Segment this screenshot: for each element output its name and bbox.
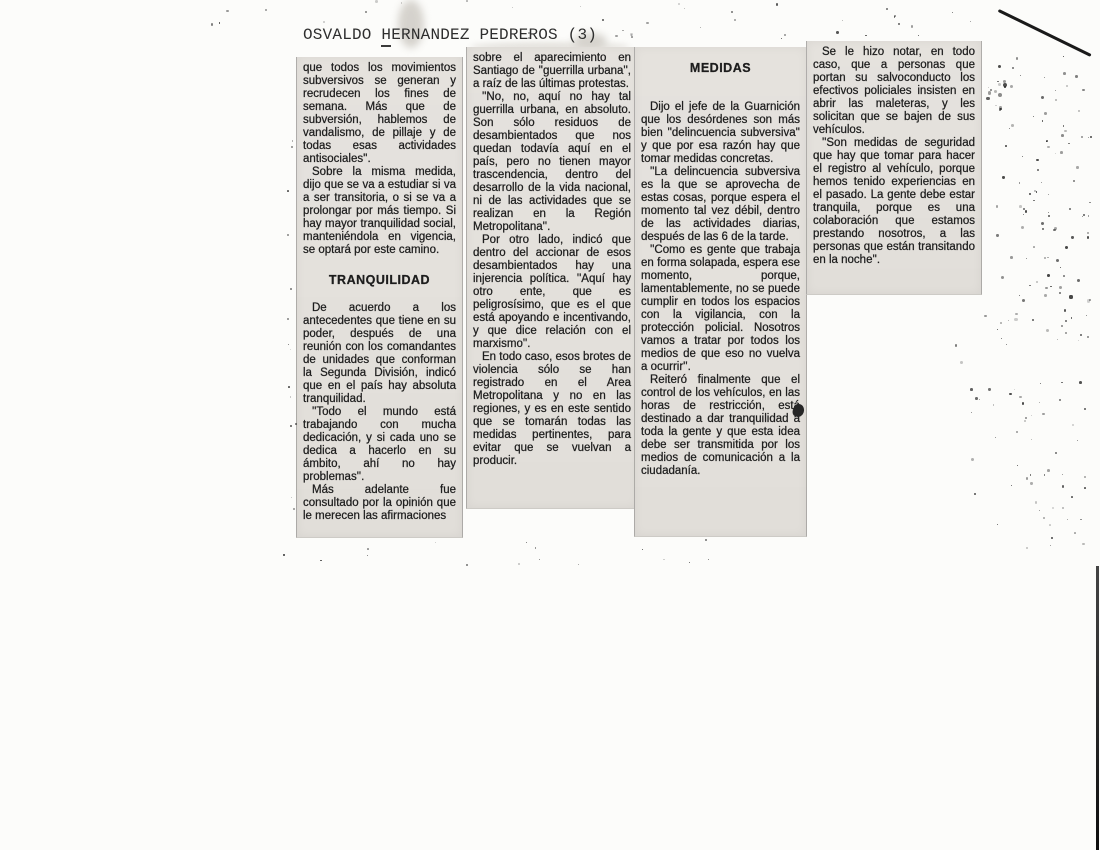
typewritten-header: OSVALDO HERNANDEZ PEDREROS (3) <box>303 26 597 44</box>
noise-speck <box>1019 182 1020 183</box>
noise-speck <box>578 564 579 565</box>
noise-speck <box>1068 143 1069 144</box>
noise-speck <box>1014 318 1017 321</box>
noise-speck <box>226 10 229 13</box>
noise-speck <box>1009 393 1011 395</box>
noise-speck <box>646 22 648 24</box>
noise-speck <box>1041 222 1044 225</box>
noise-speck <box>1063 72 1066 75</box>
noise-speck <box>1090 136 1093 139</box>
noise-speck <box>1047 257 1049 259</box>
noise-speck <box>1022 156 1023 157</box>
noise-speck <box>466 0 468 2</box>
noise-speck <box>1014 389 1015 390</box>
noise-speck <box>1043 517 1045 519</box>
noise-speck <box>836 31 839 34</box>
noise-speck <box>1084 476 1086 478</box>
noise-speck <box>1036 191 1038 193</box>
noise-speck <box>367 548 369 550</box>
article-paragraph: sobre el aparecimiento en Santiago de ''… <box>473 52 631 91</box>
noise-speck <box>970 21 971 22</box>
noise-speck <box>1087 236 1090 239</box>
noise-speck <box>1045 287 1048 290</box>
noise-speck <box>1000 108 1002 110</box>
noise-speck <box>1008 320 1009 321</box>
noise-speck <box>1071 496 1073 498</box>
noise-speck <box>1077 440 1078 441</box>
noise-speck <box>535 547 537 549</box>
section-heading-medidas: MEDIDAS <box>641 62 800 75</box>
noise-speck <box>1056 259 1059 262</box>
noise-speck <box>1023 214 1024 215</box>
noise-speck <box>1060 267 1061 268</box>
noise-speck <box>998 83 1001 86</box>
noise-speck <box>1044 77 1045 78</box>
noise-speck <box>526 542 527 543</box>
noise-speck <box>1042 120 1043 121</box>
noise-speck <box>1033 246 1035 248</box>
noise-speck <box>1063 275 1065 277</box>
noise-speck <box>986 97 989 100</box>
noise-speck <box>955 344 957 346</box>
noise-speck <box>1080 519 1082 521</box>
noise-speck <box>1026 258 1027 259</box>
noise-speck <box>219 22 220 23</box>
noise-speck <box>731 11 733 13</box>
noise-speck <box>996 234 998 236</box>
noise-speck <box>1077 279 1080 282</box>
noise-speck <box>1078 340 1079 341</box>
noise-speck <box>1086 315 1087 316</box>
noise-speck <box>290 288 292 290</box>
noise-speck <box>1006 344 1007 345</box>
noise-speck <box>1037 169 1039 171</box>
noise-speck <box>365 11 368 14</box>
noise-speck <box>988 388 990 390</box>
header-text-part2: ERNANDEZ PEDREROS (3) <box>391 26 597 44</box>
noise-speck <box>988 87 989 88</box>
noise-speck <box>970 388 973 391</box>
noise-speck <box>1061 325 1063 327</box>
noise-speck <box>1046 329 1049 332</box>
news-column-4: Se le hizo notar, en todo caso, que a pe… <box>806 41 982 295</box>
noise-speck <box>1087 232 1089 234</box>
noise-speck <box>781 38 783 40</box>
noise-speck <box>776 3 778 5</box>
noise-speck <box>1050 545 1051 546</box>
noise-speck <box>1052 507 1054 509</box>
noise-speck <box>1081 136 1083 138</box>
noise-speck <box>1033 200 1034 201</box>
noise-speck <box>288 386 290 388</box>
article-paragraph: ''La delincuencia subversiva es la que s… <box>641 166 800 244</box>
noise-speck <box>952 12 953 13</box>
noise-speck <box>1059 399 1060 400</box>
noise-speck <box>1055 90 1056 91</box>
noise-speck <box>1009 128 1010 129</box>
noise-speck <box>911 25 914 28</box>
header-underlined-letter: H <box>381 26 391 47</box>
noise-speck <box>1076 166 1078 168</box>
noise-speck <box>994 90 997 93</box>
noise-speck <box>993 404 994 405</box>
noise-speck <box>1010 256 1013 259</box>
noise-speck <box>1022 402 1025 405</box>
noise-speck <box>663 559 664 560</box>
noise-speck <box>1048 215 1050 217</box>
noise-speck <box>1024 420 1026 422</box>
noise-speck <box>1078 110 1079 111</box>
noise-speck <box>1048 212 1049 213</box>
noise-speck <box>1022 299 1025 302</box>
noise-speck <box>288 344 289 345</box>
noise-speck <box>1040 383 1041 384</box>
noise-speck <box>1020 75 1022 77</box>
noise-speck <box>975 397 978 400</box>
noise-speck <box>1026 547 1028 549</box>
article-paragraph: Más adelante fue consultado por la opini… <box>303 484 456 523</box>
article-paragraph: Dijo el jefe de la Guarnición que los de… <box>641 101 800 166</box>
noise-speck <box>1051 537 1053 539</box>
noise-speck <box>290 396 291 397</box>
noise-speck <box>1050 286 1051 287</box>
noise-speck <box>320 560 321 561</box>
noise-speck <box>1049 524 1051 526</box>
noise-speck <box>1017 465 1018 466</box>
noise-speck <box>865 35 867 37</box>
noise-speck <box>435 542 436 543</box>
noise-speck <box>1089 202 1090 203</box>
news-column-2: sobre el aparecimiento en Santiago de ''… <box>466 47 638 509</box>
noise-speck <box>678 3 680 5</box>
noise-speck <box>287 234 289 236</box>
scanned-document-page: OSVALDO HERNANDEZ PEDREROS (3) que todos… <box>0 0 1100 850</box>
article-paragraph: ''Todo el mundo está trabajando con much… <box>303 406 456 484</box>
noise-speck <box>631 36 633 38</box>
scan-edge-line <box>1096 566 1099 850</box>
noise-speck <box>1082 543 1085 546</box>
noise-speck <box>842 20 843 21</box>
article-paragraph: ''Como es gente que trabaja en forma sol… <box>641 244 800 374</box>
noise-speck <box>1060 151 1063 154</box>
noise-speck <box>1039 402 1040 403</box>
noise-speck <box>1039 510 1040 511</box>
noise-speck <box>1065 246 1068 249</box>
noise-speck <box>287 190 289 192</box>
noise-speck <box>1065 320 1067 322</box>
noise-speck <box>1012 67 1014 69</box>
noise-speck <box>886 8 888 10</box>
noise-speck <box>1061 382 1062 383</box>
noise-speck <box>708 559 709 560</box>
noise-speck <box>1001 276 1004 279</box>
noise-speck <box>1064 130 1066 132</box>
noise-speck <box>642 549 643 550</box>
noise-speck <box>995 105 996 106</box>
noise-speck <box>1047 274 1050 277</box>
noise-speck <box>960 361 963 364</box>
noise-speck <box>997 81 999 83</box>
noise-speck <box>1046 140 1048 142</box>
noise-speck <box>401 2 402 3</box>
article-paragraph: ''Son medidas de seguridad que hay que t… <box>813 137 975 267</box>
noise-speck <box>293 508 295 510</box>
noise-speck <box>1059 286 1062 289</box>
noise-speck <box>996 205 999 208</box>
noise-speck <box>265 9 267 11</box>
noise-speck <box>984 315 986 317</box>
noise-speck <box>1016 431 1018 433</box>
noise-speck <box>1003 83 1007 87</box>
noise-speck <box>512 7 513 8</box>
noise-speck <box>1087 299 1090 302</box>
noise-speck <box>518 563 520 565</box>
noise-speck <box>1005 145 1007 147</box>
noise-speck <box>1062 474 1063 475</box>
noise-speck <box>1019 295 1020 296</box>
noise-speck <box>689 562 690 563</box>
section-heading-tranquilidad: TRANQUILIDAD <box>303 274 456 287</box>
noise-speck <box>1041 96 1044 99</box>
noise-speck <box>1075 75 1078 78</box>
noise-speck <box>292 140 294 142</box>
noise-speck <box>1044 112 1047 115</box>
noise-speck <box>602 19 604 21</box>
noise-speck <box>1029 285 1031 287</box>
noise-speck <box>375 0 378 3</box>
noise-speck <box>1044 294 1047 297</box>
noise-speck <box>290 349 292 351</box>
noise-speck <box>990 89 992 91</box>
noise-speck <box>1067 519 1068 520</box>
noise-speck <box>998 65 1001 68</box>
noise-speck <box>1055 99 1058 102</box>
noise-speck <box>1088 215 1090 217</box>
noise-speck <box>1036 159 1039 162</box>
noise-speck <box>291 146 293 148</box>
scan-diagonal-line <box>998 9 1092 56</box>
article-paragraph: Sobre la misma medida, dijo que se va a … <box>303 166 456 257</box>
noise-speck <box>1042 413 1044 415</box>
news-column-3: MEDIDAS Dijo el jefe de la Guarnición qu… <box>634 47 807 537</box>
noise-speck <box>974 493 976 495</box>
noise-speck <box>1069 208 1071 210</box>
noise-speck <box>1011 124 1014 127</box>
noise-speck <box>979 399 980 400</box>
article-paragraph: Por otro lado, indicó que dentro del acc… <box>473 234 631 351</box>
noise-speck <box>211 23 213 25</box>
noise-speck <box>784 34 786 36</box>
noise-speck <box>1053 229 1055 231</box>
noise-speck <box>1001 338 1002 339</box>
noise-speck <box>998 93 1002 97</box>
noise-speck <box>684 8 685 9</box>
noise-speck <box>1032 319 1034 321</box>
noise-speck <box>1047 146 1050 149</box>
noise-speck <box>1031 439 1032 440</box>
noise-speck <box>1010 85 1013 88</box>
noise-speck <box>1030 474 1031 475</box>
noise-speck <box>1041 182 1042 183</box>
noise-speck <box>580 6 581 7</box>
noise-speck <box>1062 507 1064 509</box>
noise-speck <box>1063 56 1064 57</box>
noise-speck <box>1047 469 1050 472</box>
noise-speck <box>1069 295 1072 298</box>
noise-speck <box>323 21 325 23</box>
article-paragraph: Se le hizo notar, en todo caso, que a pe… <box>813 46 975 137</box>
noise-speck <box>997 524 998 525</box>
article-paragraph: ''No, no, aquí no hay tal guerrilla urba… <box>473 91 631 234</box>
header-text-part1: OSVALDO <box>303 26 381 44</box>
noise-speck <box>1000 322 1002 324</box>
noise-speck <box>997 329 998 330</box>
noise-speck <box>734 19 736 21</box>
news-column-1: que todos los movimientos subversivos se… <box>296 57 463 538</box>
noise-speck <box>705 539 707 541</box>
noise-speck <box>1074 532 1076 534</box>
noise-speck <box>622 30 623 31</box>
noise-speck <box>1044 257 1047 260</box>
noise-speck <box>1087 336 1089 338</box>
noise-speck <box>1072 424 1074 426</box>
noise-speck <box>1019 396 1022 399</box>
noise-speck <box>1036 281 1038 283</box>
noise-speck <box>1065 332 1067 334</box>
noise-speck <box>1073 180 1075 182</box>
noise-speck <box>1084 408 1086 410</box>
noise-speck <box>1055 153 1056 154</box>
noise-speck <box>1057 339 1058 340</box>
article-paragraph: que todos los movimientos subversivos se… <box>303 62 456 166</box>
noise-speck <box>1042 228 1043 229</box>
noise-speck <box>283 554 284 555</box>
noise-speck <box>1083 214 1086 217</box>
noise-speck <box>1062 485 1064 487</box>
noise-speck <box>1063 125 1065 127</box>
noise-speck <box>528 32 530 34</box>
noise-speck <box>1066 85 1067 86</box>
noise-speck <box>367 555 368 556</box>
noise-speck <box>290 425 292 427</box>
noise-speck <box>1064 309 1067 312</box>
noise-speck <box>1055 452 1057 454</box>
noise-speck <box>291 497 293 499</box>
noise-speck <box>1035 501 1037 503</box>
noise-speck <box>1016 57 1019 60</box>
noise-speck <box>1025 210 1028 213</box>
noise-speck <box>1080 334 1082 336</box>
article-paragraph: De acuerdo a los antecedentes que tiene … <box>303 302 456 406</box>
noise-speck <box>1011 485 1012 486</box>
noise-speck <box>1059 292 1061 294</box>
noise-speck <box>1061 134 1064 137</box>
noise-speck <box>1084 487 1086 489</box>
article-paragraph: En todo caso, esos brotes de violencia s… <box>473 351 631 468</box>
noise-speck <box>1079 381 1082 384</box>
noise-speck <box>918 35 919 36</box>
noise-speck <box>1029 193 1030 194</box>
noise-speck <box>1015 313 1018 316</box>
article-paragraph: Reiteró finalmente que el control de los… <box>641 374 800 478</box>
noise-speck <box>1030 482 1032 484</box>
noise-speck <box>971 412 972 413</box>
noise-speck <box>615 35 617 37</box>
noise-speck <box>1044 474 1046 476</box>
noise-speck <box>287 318 289 320</box>
noise-speck <box>1031 415 1032 416</box>
noise-speck <box>539 559 541 561</box>
noise-speck <box>1019 205 1022 208</box>
noise-speck <box>1021 226 1024 229</box>
noise-speck <box>1002 176 1004 178</box>
noise-speck <box>700 27 701 28</box>
noise-speck <box>1071 236 1073 238</box>
noise-speck <box>971 458 974 461</box>
noise-speck <box>995 437 996 438</box>
noise-speck <box>988 91 991 94</box>
noise-speck <box>1048 194 1049 195</box>
noise-speck <box>1071 317 1072 318</box>
noise-speck <box>1033 116 1034 117</box>
noise-speck <box>898 23 899 24</box>
noise-speck <box>466 564 468 566</box>
noise-speck <box>1082 89 1085 92</box>
noise-speck <box>1026 477 1028 479</box>
